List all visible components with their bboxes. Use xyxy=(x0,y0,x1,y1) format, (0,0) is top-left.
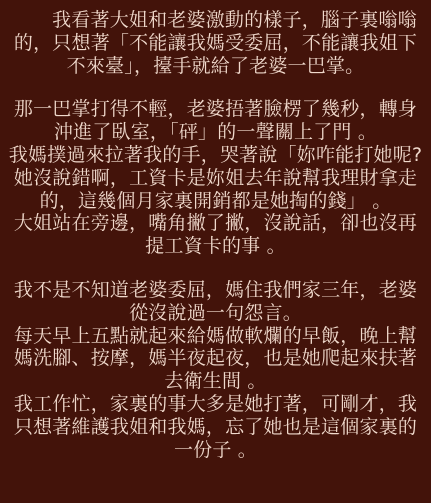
paragraph: 每天早上五點就起來給媽做軟爛的早飯，晚上幫媽洗腳、按摩，媽半夜起夜，也是她爬起來… xyxy=(8,325,423,393)
paragraph: 我媽撲過來拉著我的手，哭著說「妳咋能打她呢?她沒說錯啊，工資卡是妳姐去年說幫我理… xyxy=(8,144,423,212)
paragraph-gap xyxy=(8,258,423,279)
paragraph: 大姐站在旁邊，嘴角撇了撇，沒說話，卻也沒再提工資卡的事 。 xyxy=(8,212,423,258)
paragraph-gap xyxy=(8,77,423,98)
paragraph: 我看著大姐和老婆激動的樣子，腦子裏嗡嗡的，只想著「不能讓我媽受委屈，不能讓我姐下… xyxy=(8,9,423,77)
paragraph: 我不是不知道老婆委屈，媽住我們家三年，老婆從沒說過一句怨言。 xyxy=(8,279,423,325)
paragraph: 那一巴掌打得不輕，老婆捂著臉楞了幾秒，轉身沖進了臥室，「砰」的一聲關上了門 。 xyxy=(8,98,423,144)
article-body: 我看著大姐和老婆激動的樣子，腦子裏嗡嗡的，只想著「不能讓我媽受委屈，不能讓我姐下… xyxy=(0,0,431,461)
paragraph: 我工作忙，家裏的事大多是她打著，可剛才，我只想著維護我姐和我媽，忘了她也是這個家… xyxy=(8,393,423,461)
